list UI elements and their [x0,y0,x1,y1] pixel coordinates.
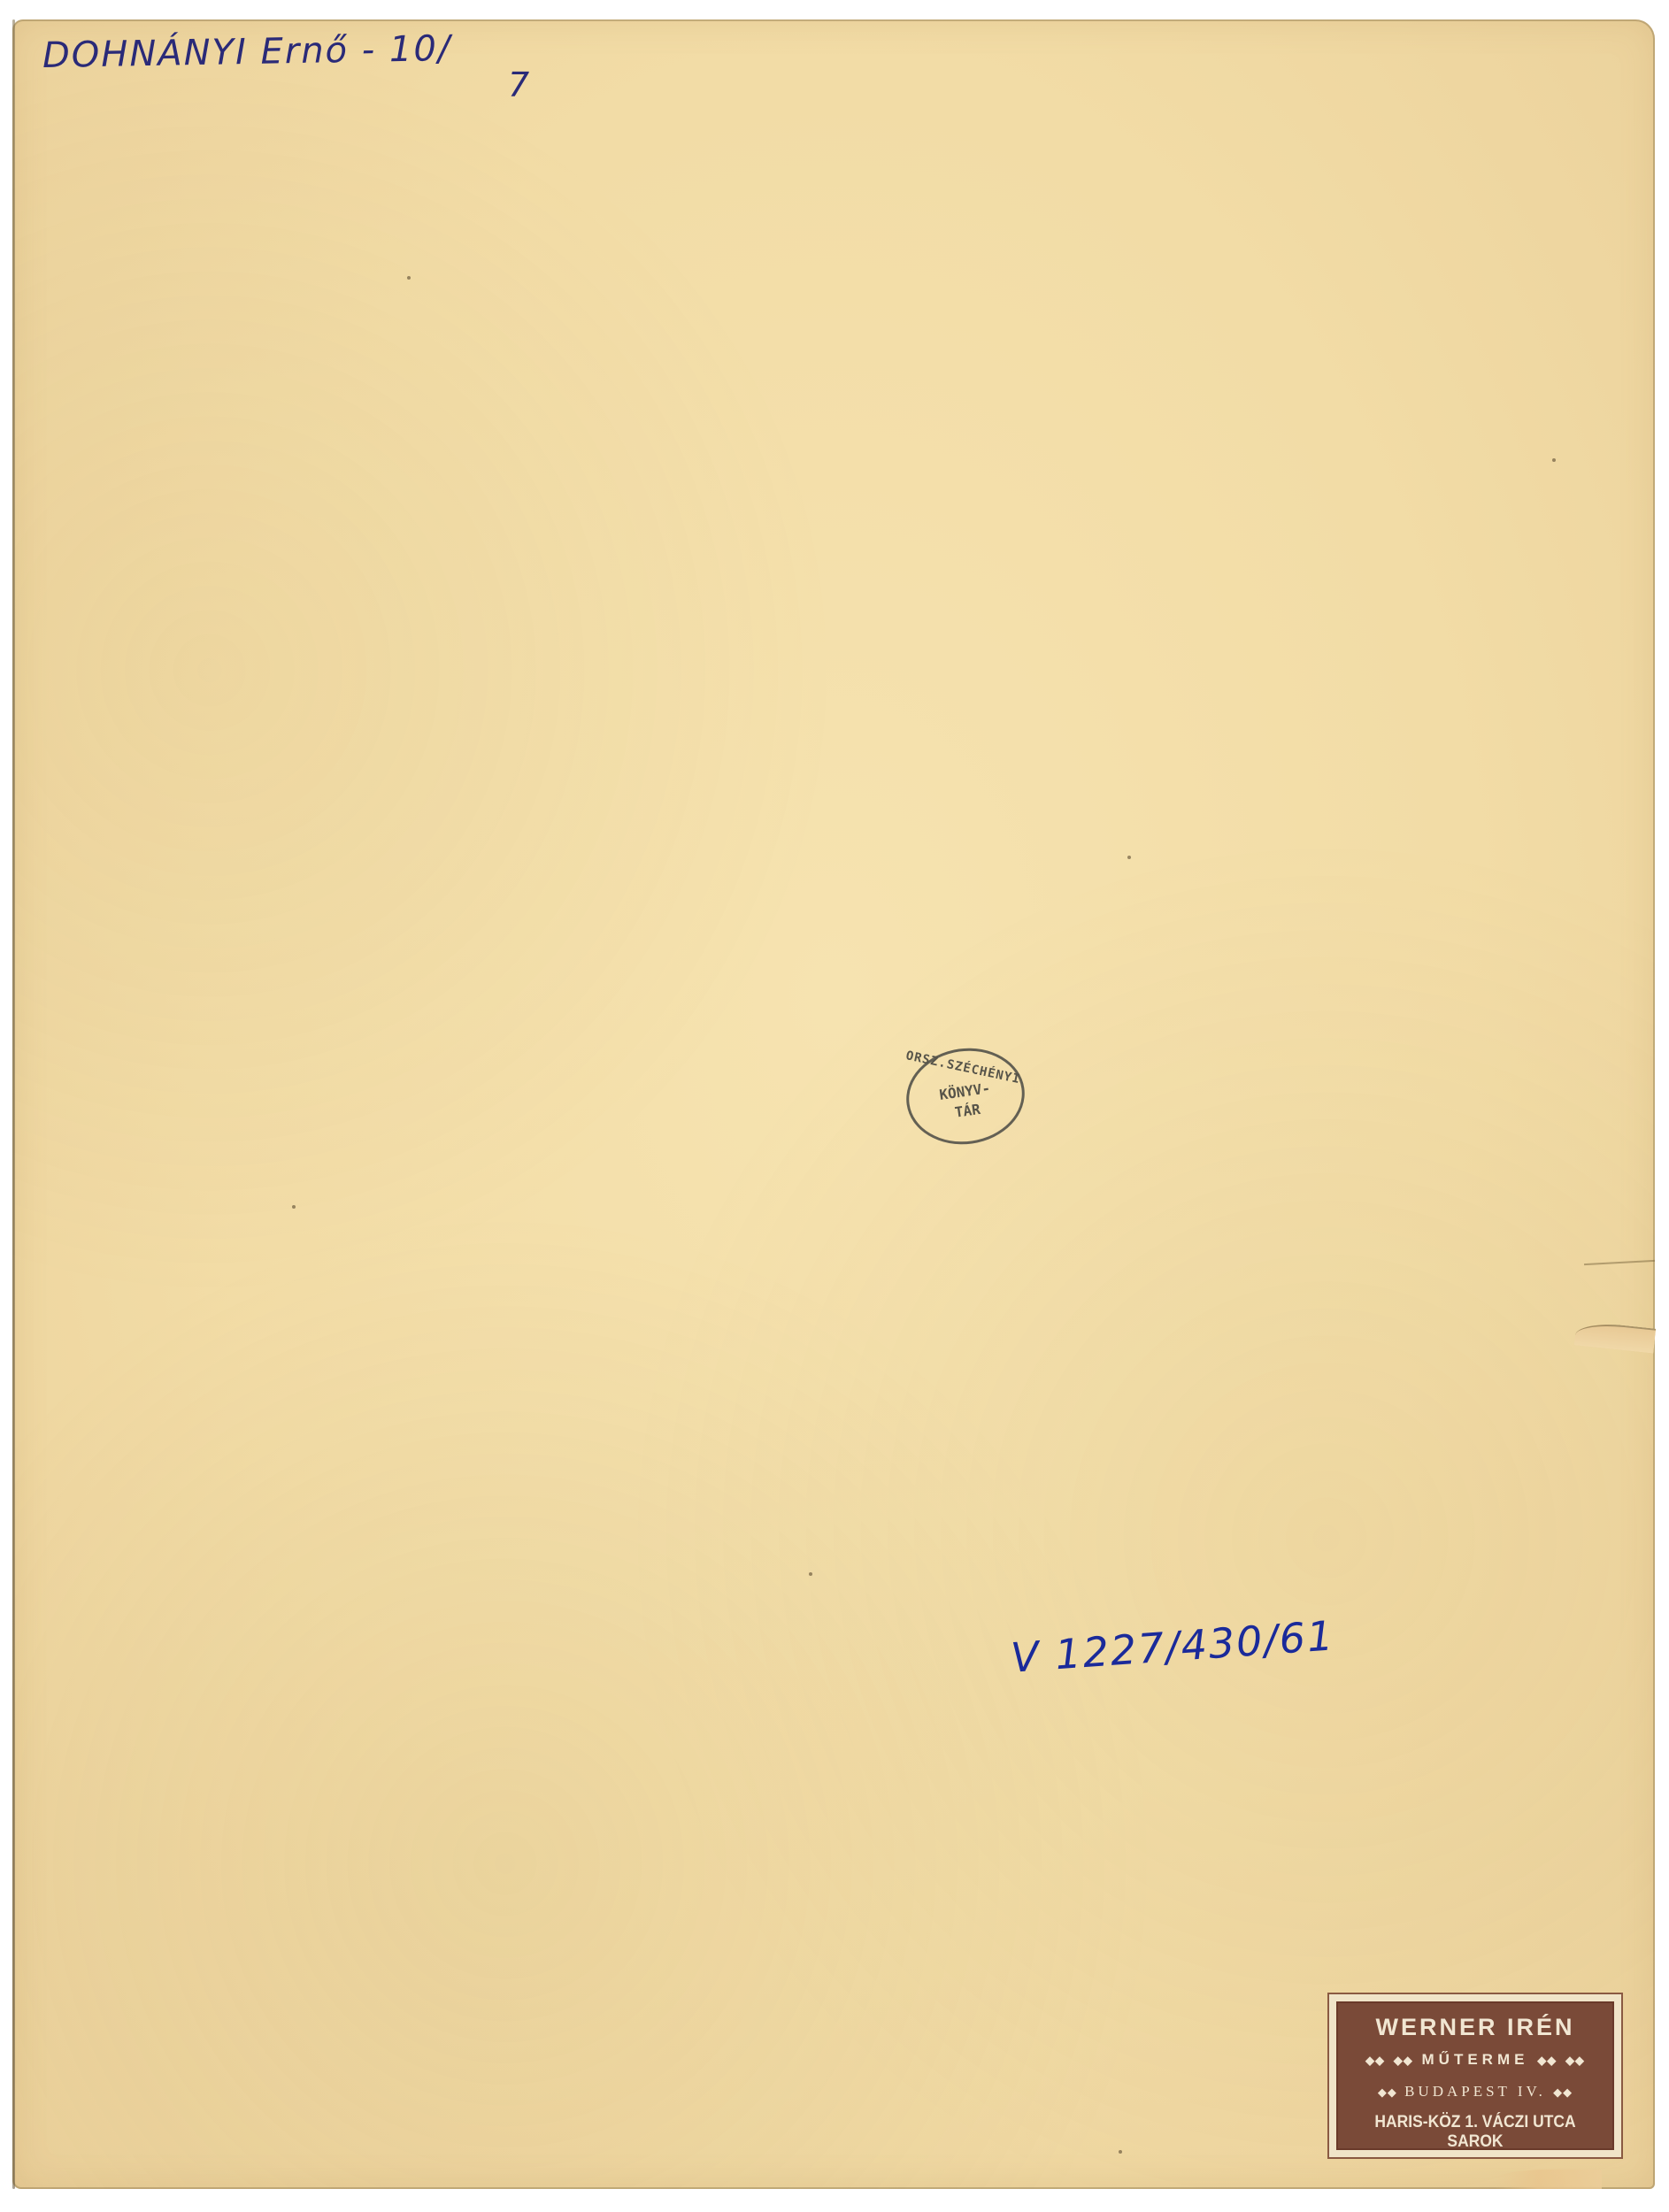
ornament-icon: ◆◆ [1553,2085,1573,2099]
ornament-icon: ◆◆ [1394,2054,1413,2067]
corner-wear [1496,2170,1602,2189]
fraction-slash: / [437,28,451,69]
handwritten-name: DOHNÁNYI Ernő [42,30,350,76]
studio-city: BUDAPEST IV. [1404,2083,1546,2100]
card-edge [12,19,15,2189]
handwritten-name-annotation: DOHNÁNYI Ernő - 10/ [42,28,452,76]
handwritten-separator: - [361,29,376,70]
handwritten-catalog-number: V 1227/430/61 [1010,1611,1336,1681]
studio-label-inner: WERNER IRÉN ◆◆ ◆◆ MŰTERME ◆◆ ◆◆ ◆◆ BUDAP… [1336,2001,1614,2150]
ornament-icon: ◆◆ [1365,2054,1385,2067]
paper-tear [1574,1320,1656,1353]
studio-address: HARIS-KÖZ 1. VÁCZI UTCA SAROK [1349,2113,1601,2152]
paper-speck [809,1572,812,1576]
ornament-icon: ◆◆ [1537,2054,1557,2067]
studio-city-row: ◆◆ BUDAPEST IV. ◆◆ [1338,2083,1612,2101]
ornament-icon: ◆◆ [1565,2054,1585,2067]
studio-label: WERNER IRÉN ◆◆ ◆◆ MŰTERME ◆◆ ◆◆ ◆◆ BUDAP… [1327,1993,1623,2159]
studio-name: WERNER IRÉN [1338,2014,1612,2041]
paper-speck [1552,458,1556,462]
photo-card-back: DOHNÁNYI Ernő - 10/ 7 ORSZ.SZÉCHÉNYI KÖN… [12,19,1655,2189]
studio-subtitle: MŰTERME [1422,2051,1529,2068]
paper-speck [1127,856,1131,859]
handwritten-ref-main: 10 [389,28,439,70]
paper-speck [1119,2150,1122,2154]
paper-crease [1584,1260,1655,1265]
library-stamp: ORSZ.SZÉCHÉNYI KÖNYV- TÁR [900,1041,1031,1152]
ornament-icon: ◆◆ [1378,2085,1397,2099]
studio-subtitle-row: ◆◆ ◆◆ MŰTERME ◆◆ ◆◆ [1338,2051,1612,2069]
paper-speck [407,276,411,280]
handwritten-ref-sub: 7 [508,65,529,104]
paper-speck [292,1205,296,1209]
